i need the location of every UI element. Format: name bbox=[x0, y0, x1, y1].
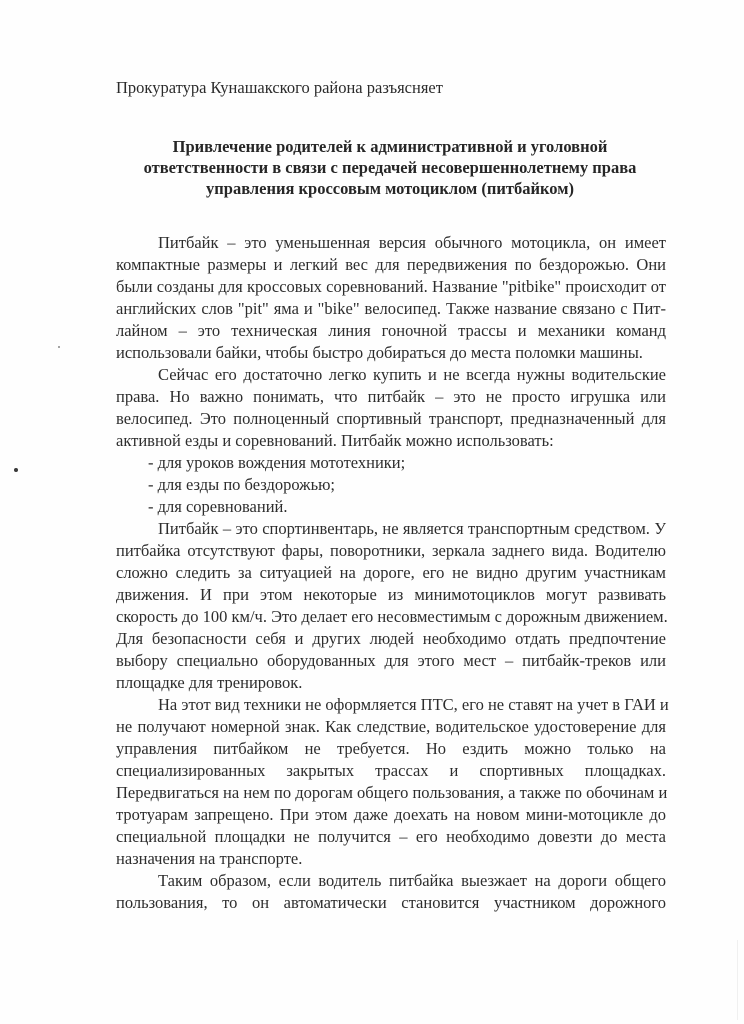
paragraph-usage: Сейчас его достаточно легко купить и не … bbox=[116, 364, 666, 452]
text-line: На этот вид техники не оформляется ПТС, … bbox=[116, 694, 666, 716]
scan-edge bbox=[737, 940, 744, 1020]
paragraph-conclusion: Таким образом, если водитель питбайка вы… bbox=[116, 870, 666, 914]
text-line: движения. И при этом некоторые из минимо… bbox=[116, 584, 666, 606]
text-line: Питбайк – это уменьшенная версия обычног… bbox=[116, 232, 666, 254]
text-line: лайном – это техническая линия гоночной … bbox=[116, 320, 666, 342]
text-line: специальной площадки не получится – его … bbox=[116, 826, 666, 848]
text-line: Передвигаться на нем по дорогам общего п… bbox=[116, 782, 666, 804]
text-line: площадке для тренировок. bbox=[116, 672, 666, 694]
title-line: ответственности в связи с передачей несо… bbox=[140, 157, 640, 178]
text-line: питбайка отсутствуют фары, поворотники, … bbox=[116, 540, 666, 562]
scan-speck bbox=[58, 346, 60, 348]
document-header: Прокуратура Кунашакского района разъясня… bbox=[116, 78, 443, 98]
text-line: Питбайк – это спортинвентарь, не являетс… bbox=[116, 518, 666, 540]
text-line: использовали байки, чтобы быстро добират… bbox=[116, 342, 666, 364]
scanned-page: Прокуратура Кунашакского района разъясня… bbox=[0, 0, 744, 1024]
document-body: Питбайк – это уменьшенная версия обычног… bbox=[116, 232, 666, 914]
text-line: тротуарам запрещено. При этом даже доеха… bbox=[116, 804, 666, 826]
text-line: Для безопасности себя и других людей нео… bbox=[116, 628, 666, 650]
text-line: Таким образом, если водитель питбайка вы… bbox=[116, 870, 666, 892]
text-line: пользования, то он автоматически станови… bbox=[116, 892, 666, 914]
text-line: велосипед. Это полноценный спортивный тр… bbox=[116, 408, 666, 430]
usage-list: - для уроков вождения мототехники; - для… bbox=[116, 452, 666, 518]
text-line: права. Но важно понимать, что питбайк – … bbox=[116, 386, 666, 408]
text-line: активной езды и соревнований. Питбайк мо… bbox=[116, 430, 666, 452]
text-line: назначения на транспорте. bbox=[116, 848, 666, 870]
text-line: Сейчас его достаточно легко купить и не … bbox=[116, 364, 666, 386]
document-title: Привлечение родителей к административной… bbox=[140, 136, 640, 199]
text-line: компактные размеры и легкий вес для пере… bbox=[116, 254, 666, 276]
paragraph-sport-equipment: Питбайк – это спортинвентарь, не являетс… bbox=[116, 518, 666, 694]
text-line: английских слов "pit" яма и "bike" велос… bbox=[116, 298, 666, 320]
scan-speck bbox=[14, 468, 18, 472]
title-line: управления кроссовым мотоциклом (питбайк… bbox=[140, 178, 640, 199]
title-line: Привлечение родителей к административной… bbox=[140, 136, 640, 157]
text-line: управления питбайком не требуется. Но ез… bbox=[116, 738, 666, 760]
text-line: скорость до 100 км/ч. Это делает его нес… bbox=[116, 606, 666, 628]
list-item: - для соревнований. bbox=[116, 496, 666, 518]
list-item: - для уроков вождения мототехники; bbox=[116, 452, 666, 474]
paragraph-registration: На этот вид техники не оформляется ПТС, … bbox=[116, 694, 666, 870]
text-line: не получают номерной знак. Как следствие… bbox=[116, 716, 666, 738]
list-item: - для езды по бездорожью; bbox=[116, 474, 666, 496]
text-line: специализированных закрытых трассах и сп… bbox=[116, 760, 666, 782]
text-line: выбору специально оборудованных для этог… bbox=[116, 650, 666, 672]
paragraph-intro: Питбайк – это уменьшенная версия обычног… bbox=[116, 232, 666, 364]
text-line: сложно следить за ситуацией на дороге, е… bbox=[116, 562, 666, 584]
text-line: были созданы для кроссовых соревнований.… bbox=[116, 276, 666, 298]
